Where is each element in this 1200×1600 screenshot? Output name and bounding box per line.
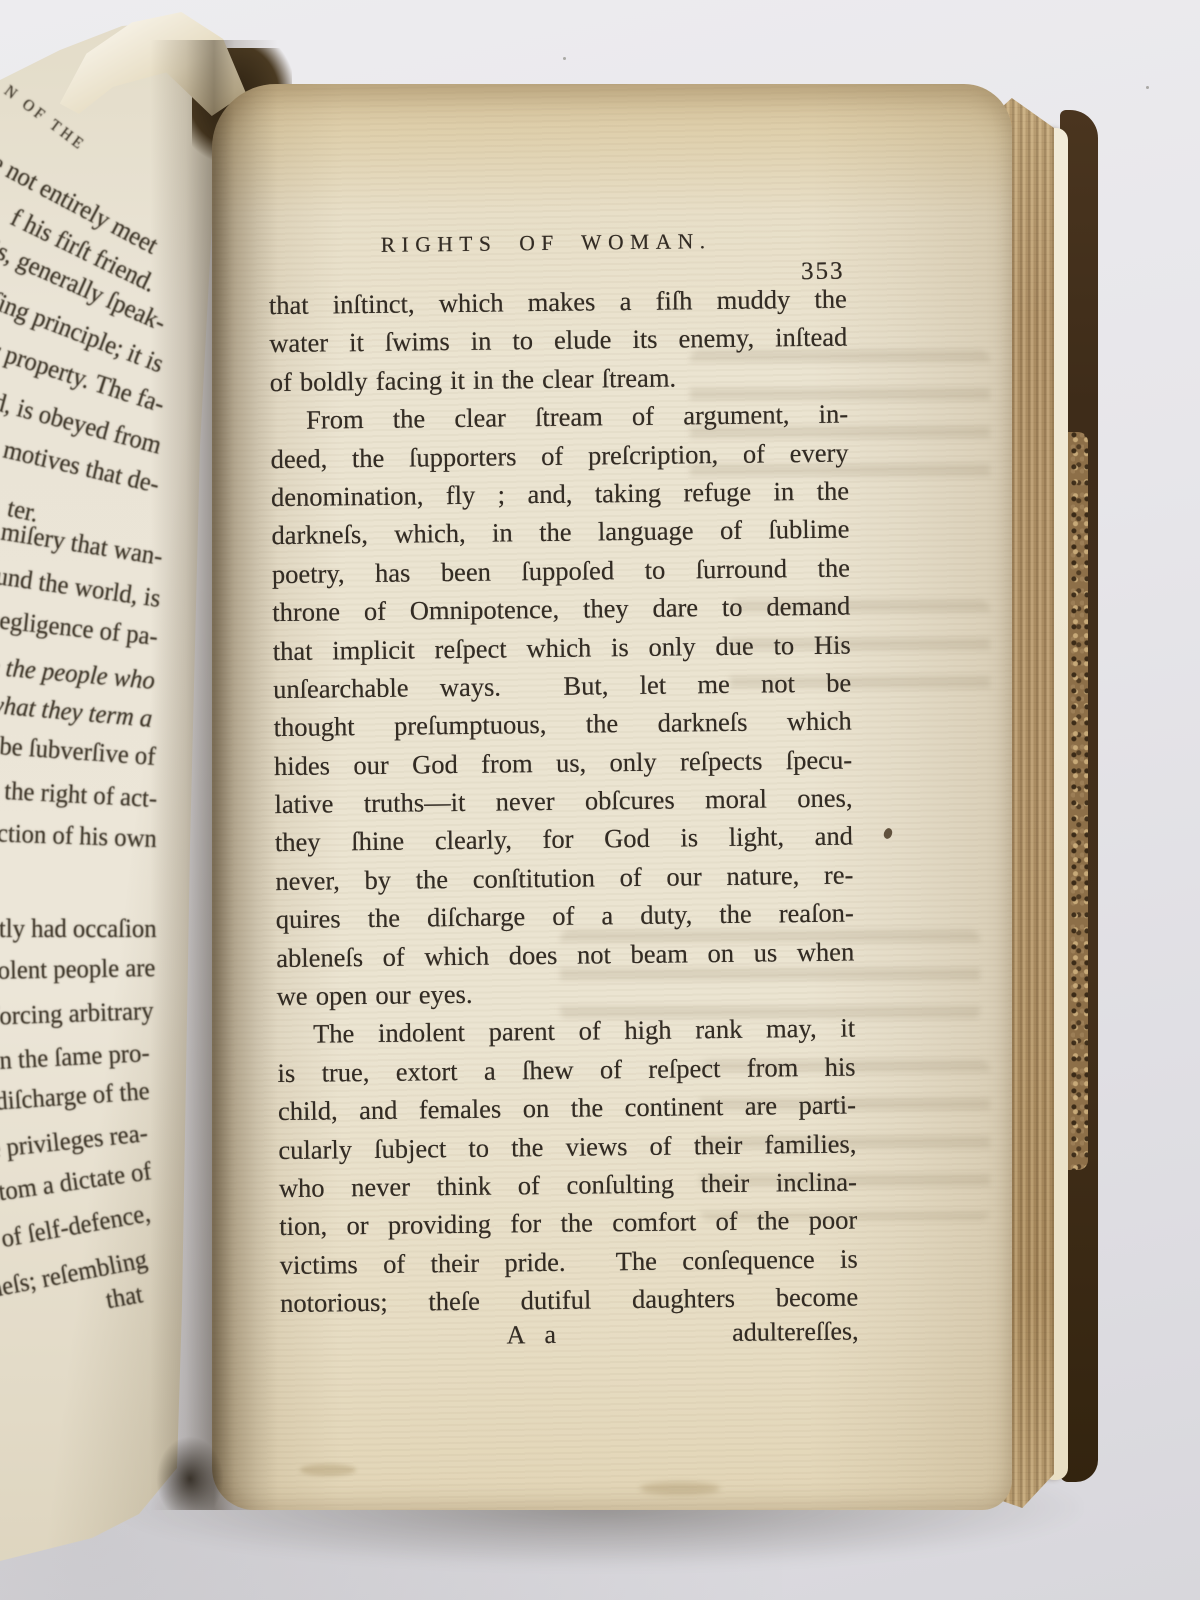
left-page-text-fragment: he negligence of pa- — [0, 603, 160, 650]
left-page-text-fragment: the right of act- — [4, 778, 158, 812]
left-page-text-fragment: t be ſubverſive of — [0, 732, 156, 770]
left-page-text-fragment: y, in the ſame pro- — [0, 1040, 151, 1075]
left-page-text-fragment: N OF THE — [1, 83, 89, 155]
left-page-text: N OF THEce not entirely meetf his firſt … — [0, 0, 1200, 1600]
left-page-text-fragment: quently had occaſion — [0, 916, 157, 942]
left-page-text-fragment: irection of his own — [0, 820, 158, 852]
left-page-text-fragment: are the people who — [0, 652, 156, 694]
left-page-text-fragment: enforcing arbitrary — [0, 998, 154, 1030]
book-photograph: RIGHTS OF WOMAN. 353 that inſtinct, whic… — [0, 0, 1200, 1600]
left-page-text-fragment: the miſery that wan- — [0, 513, 164, 570]
left-page-text-fragment: r indolent people are — [0, 955, 155, 985]
left-page-text-fragment: that — [104, 1281, 145, 1313]
left-page-text-fragment: he diſcharge of the — [0, 1078, 151, 1117]
left-page-text-fragment: what they term a — [0, 692, 153, 732]
